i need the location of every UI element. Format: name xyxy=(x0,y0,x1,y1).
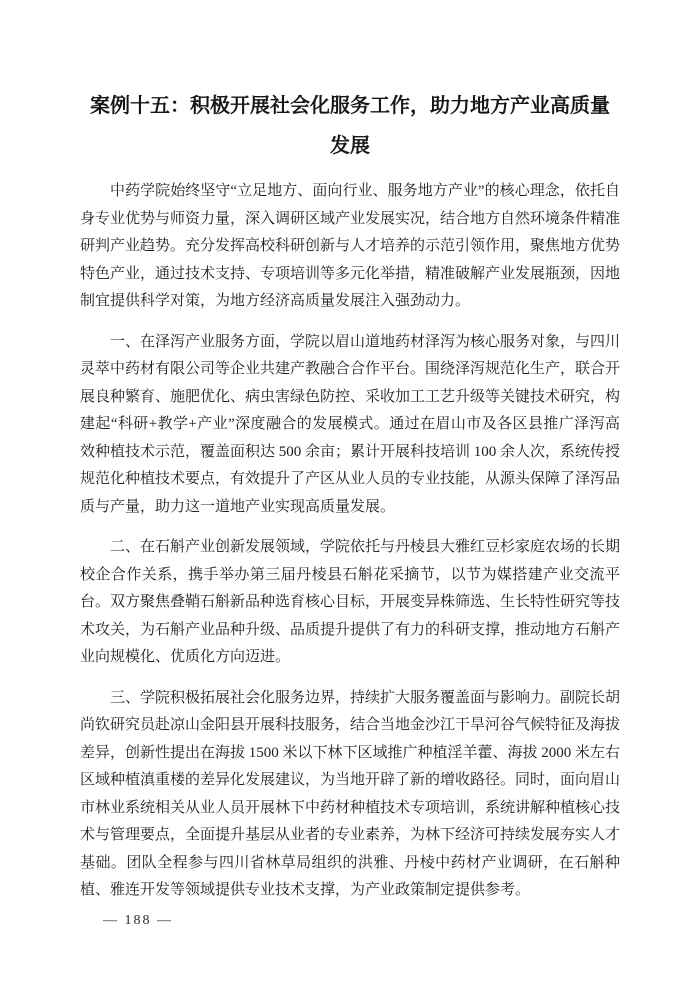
document-page: 案例十五：积极开展社会化服务工作，助力地方产业高质量发展 中药学院始终坚守“立足… xyxy=(0,0,700,989)
page-content: 案例十五：积极开展社会化服务工作，助力地方产业高质量发展 中药学院始终坚守“立足… xyxy=(80,86,620,918)
page-number: — 188 — xyxy=(103,913,173,929)
paragraph-section-2: 二、在石斛产业创新发展领域，学院依托与丹棱县大雅红豆杉家庭农场的长期校企合作关系… xyxy=(80,534,620,672)
paragraph-section-1: 一、在泽泻产业服务方面，学院以眉山道地药材泽泻为核心服务对象，与四川灵萃中药材有… xyxy=(80,329,620,522)
document-body: 中药学院始终坚守“立足地方、面向行业、服务地方产业”的核心理念，依托自身专业优势… xyxy=(80,178,620,905)
paragraph-section-3: 三、学院积极拓展社会化服务边界，持续扩大服务覆盖面与影响力。副院长胡尚钦研究员赴… xyxy=(80,685,620,905)
paragraph-intro: 中药学院始终坚守“立足地方、面向行业、服务地方产业”的核心理念，依托自身专业优势… xyxy=(80,178,620,316)
document-title: 案例十五：积极开展社会化服务工作，助力地方产业高质量发展 xyxy=(84,86,616,166)
